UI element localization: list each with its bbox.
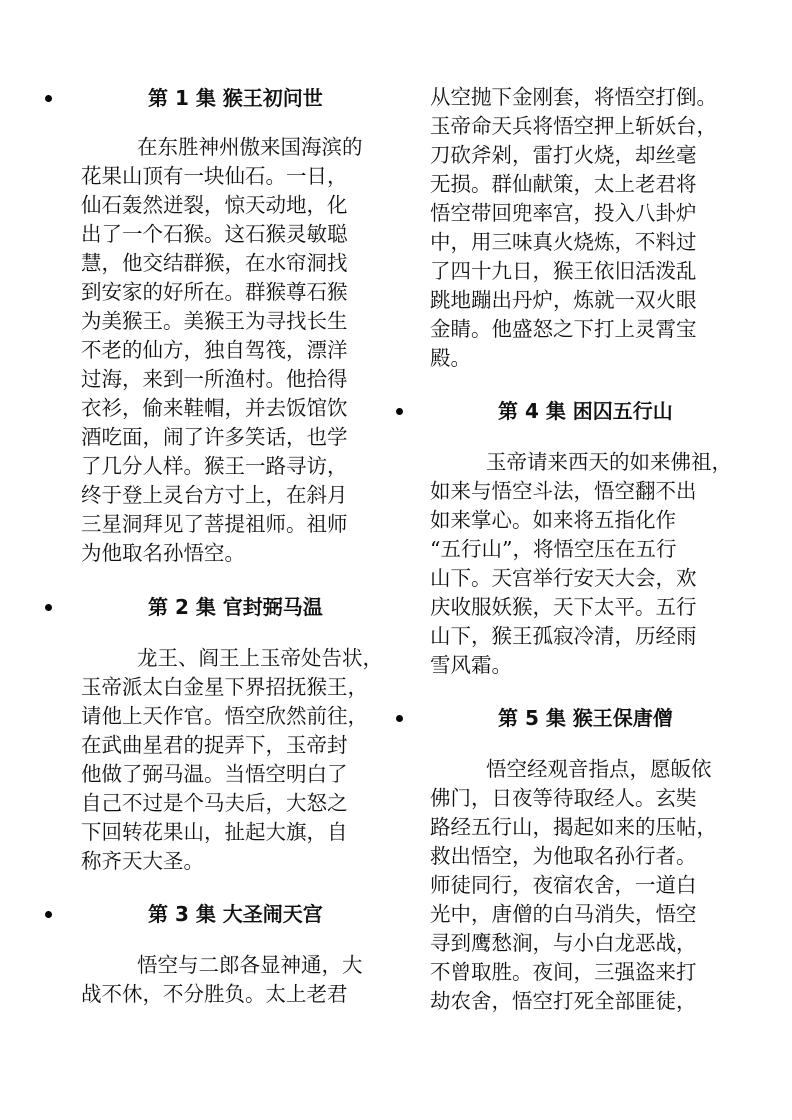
- text-line: 光中，唐僧的白马消失，悟空: [430, 900, 717, 929]
- episode-1-title: 第 1 集 猴王初问世: [148, 83, 323, 113]
- bullet-icon: [396, 408, 403, 415]
- episode-4-synopsis: 玉帝请来西天的如来佛祖， 如来与悟空斗法，悟空翻不出 如来掌心。如来将五指化作 …: [430, 448, 732, 680]
- text-line: 出了一个石猴。这石猴灵敏聪: [81, 220, 363, 249]
- bullet-icon: [45, 911, 52, 918]
- episode-2-title: 第 2 集 官封弼马温: [148, 592, 323, 622]
- bullet-icon: [45, 604, 52, 611]
- episode-1-synopsis: 在东胜神州傲来国海滨的 花果山顶有一块仙石。一日， 仙石轰然迸裂，惊天动地，化 …: [81, 133, 363, 568]
- bullet-icon: [45, 95, 52, 102]
- text-line: 金睛。他盛怒之下打上灵霄宝: [430, 315, 717, 344]
- text-line: 雪风霜。: [430, 651, 732, 680]
- text-line: 劫农舍，悟空打死全部匪徒，: [430, 987, 717, 1016]
- text-line: 悟空与二郎各显神通，大: [81, 951, 363, 980]
- text-line: 衣衫，偷来鞋帽，并去饭馆饮: [81, 394, 363, 423]
- text-line: 了四十九日，猴王依旧活泼乱: [430, 257, 717, 286]
- text-line: 慧，他交结群猴，在水帘洞找: [81, 249, 363, 278]
- text-line: 为他取名孙悟空。: [81, 539, 363, 568]
- text-line: 战不休，不分胜负。太上老君: [81, 980, 363, 1009]
- text-line: 山下。天宫举行安天大会，欢: [430, 564, 732, 593]
- text-line: “五行山”，将悟空压在五行: [430, 535, 732, 564]
- bullet-icon: [396, 715, 403, 722]
- text-line: 悟空带回兜率宫，投入八卦炉: [430, 199, 717, 228]
- text-line: 山下，猴王孤寂冷清，历经雨: [430, 622, 732, 651]
- text-line: 救出悟空，为他取名孙行者。: [430, 842, 717, 871]
- text-line: 了几分人样。猴王一路寻访，: [81, 452, 363, 481]
- text-line: 到安家的好所在。群猴尊石猴: [81, 278, 363, 307]
- text-line: 龙王、阎王上玉帝处告状，: [81, 644, 383, 673]
- text-line: 无损。群仙献策，太上老君将: [430, 170, 717, 199]
- episode-5-title: 第 5 集 猴王保唐僧: [498, 703, 673, 733]
- episode-3-heading-row: 第 3 集 大圣闹天宫: [0, 899, 400, 929]
- episode-1-heading-row: 第 1 集 猴王初问世: [0, 83, 400, 113]
- text-line: 从空抛下金刚套，将悟空打倒。: [430, 83, 717, 112]
- text-line: 请他上天作官。悟空欣然前往，: [81, 702, 383, 731]
- text-line: 下回转花果山，扯起大旗，自: [81, 818, 383, 847]
- text-line: 三星洞拜见了菩提祖师。祖师: [81, 510, 363, 539]
- text-line: 在武曲星君的捉弄下，玉帝封: [81, 731, 383, 760]
- text-line: 玉帝命天兵将悟空押上斩妖台，: [430, 112, 717, 141]
- text-line: 过海，来到一所渔村。他拾得: [81, 365, 363, 394]
- text-line: 酒吃面，闹了许多笑话，也学: [81, 423, 363, 452]
- text-line: 自己不过是个马夫后，大怒之: [81, 789, 383, 818]
- text-line: 跳地蹦出丹炉，炼就一双火眼: [430, 286, 717, 315]
- text-line: 玉帝请来西天的如来佛祖，: [430, 448, 732, 477]
- text-line: 称齐天大圣。: [81, 847, 383, 876]
- text-line: 如来掌心。如来将五指化作: [430, 506, 732, 535]
- text-line: 寻到鹰愁涧，与小白龙恶战，: [430, 929, 717, 958]
- text-line: 师徒同行，夜宿农舍，一道白: [430, 871, 717, 900]
- text-line: 为美猴王。美猴王为寻找长生: [81, 307, 363, 336]
- text-line: 仙石轰然迸裂，惊天动地，化: [81, 191, 363, 220]
- episode-4-heading-row: 第 4 集 困囚五行山: [370, 396, 792, 426]
- text-line: 殿。: [430, 344, 717, 373]
- text-line: 刀砍斧剁，雷打火烧，却丝毫: [430, 141, 717, 170]
- episode-5-synopsis: 悟空经观音指点，愿皈依 佛门，日夜等待取经人。玄奘 路经五行山，揭起如来的压帖，…: [430, 755, 717, 1016]
- text-line: 悟空经观音指点，愿皈依: [430, 755, 717, 784]
- episode-5-heading-row: 第 5 集 猴王保唐僧: [370, 703, 792, 733]
- text-line: 路经五行山，揭起如来的压帖，: [430, 813, 717, 842]
- text-line: 庆收服妖猴，天下太平。五行: [430, 593, 732, 622]
- episode-2-heading-row: 第 2 集 官封弼马温: [0, 592, 400, 622]
- episode-2-synopsis: 龙王、阎王上玉帝处告状， 玉帝派太白金星下界招抚猴王， 请他上天作官。悟空欣然前…: [81, 644, 383, 876]
- episode-3-synopsis-continued: 从空抛下金刚套，将悟空打倒。 玉帝命天兵将悟空押上斩妖台， 刀砍斧剁，雷打火烧，…: [430, 83, 717, 373]
- text-line: 不老的仙方，独自驾筏，漂洋: [81, 336, 363, 365]
- text-line: 终于登上灵台方寸上，在斜月: [81, 481, 363, 510]
- episode-3-title: 第 3 集 大圣闹天宫: [148, 899, 323, 929]
- episode-4-title: 第 4 集 困囚五行山: [498, 396, 673, 426]
- text-line: 他做了弼马温。当悟空明白了: [81, 760, 383, 789]
- text-line: 在东胜神州傲来国海滨的: [81, 133, 363, 162]
- text-line: 如来与悟空斗法，悟空翻不出: [430, 477, 732, 506]
- text-line: 不曾取胜。夜间，三强盗来打: [430, 958, 717, 987]
- text-line: 中，用三味真火烧炼，不料过: [430, 228, 717, 257]
- text-line: 佛门，日夜等待取经人。玄奘: [430, 784, 717, 813]
- episode-3-synopsis: 悟空与二郎各显神通，大 战不休，不分胜负。太上老君: [81, 951, 363, 1009]
- text-line: 花果山顶有一块仙石。一日，: [81, 162, 363, 191]
- text-line: 玉帝派太白金星下界招抚猴王，: [81, 673, 383, 702]
